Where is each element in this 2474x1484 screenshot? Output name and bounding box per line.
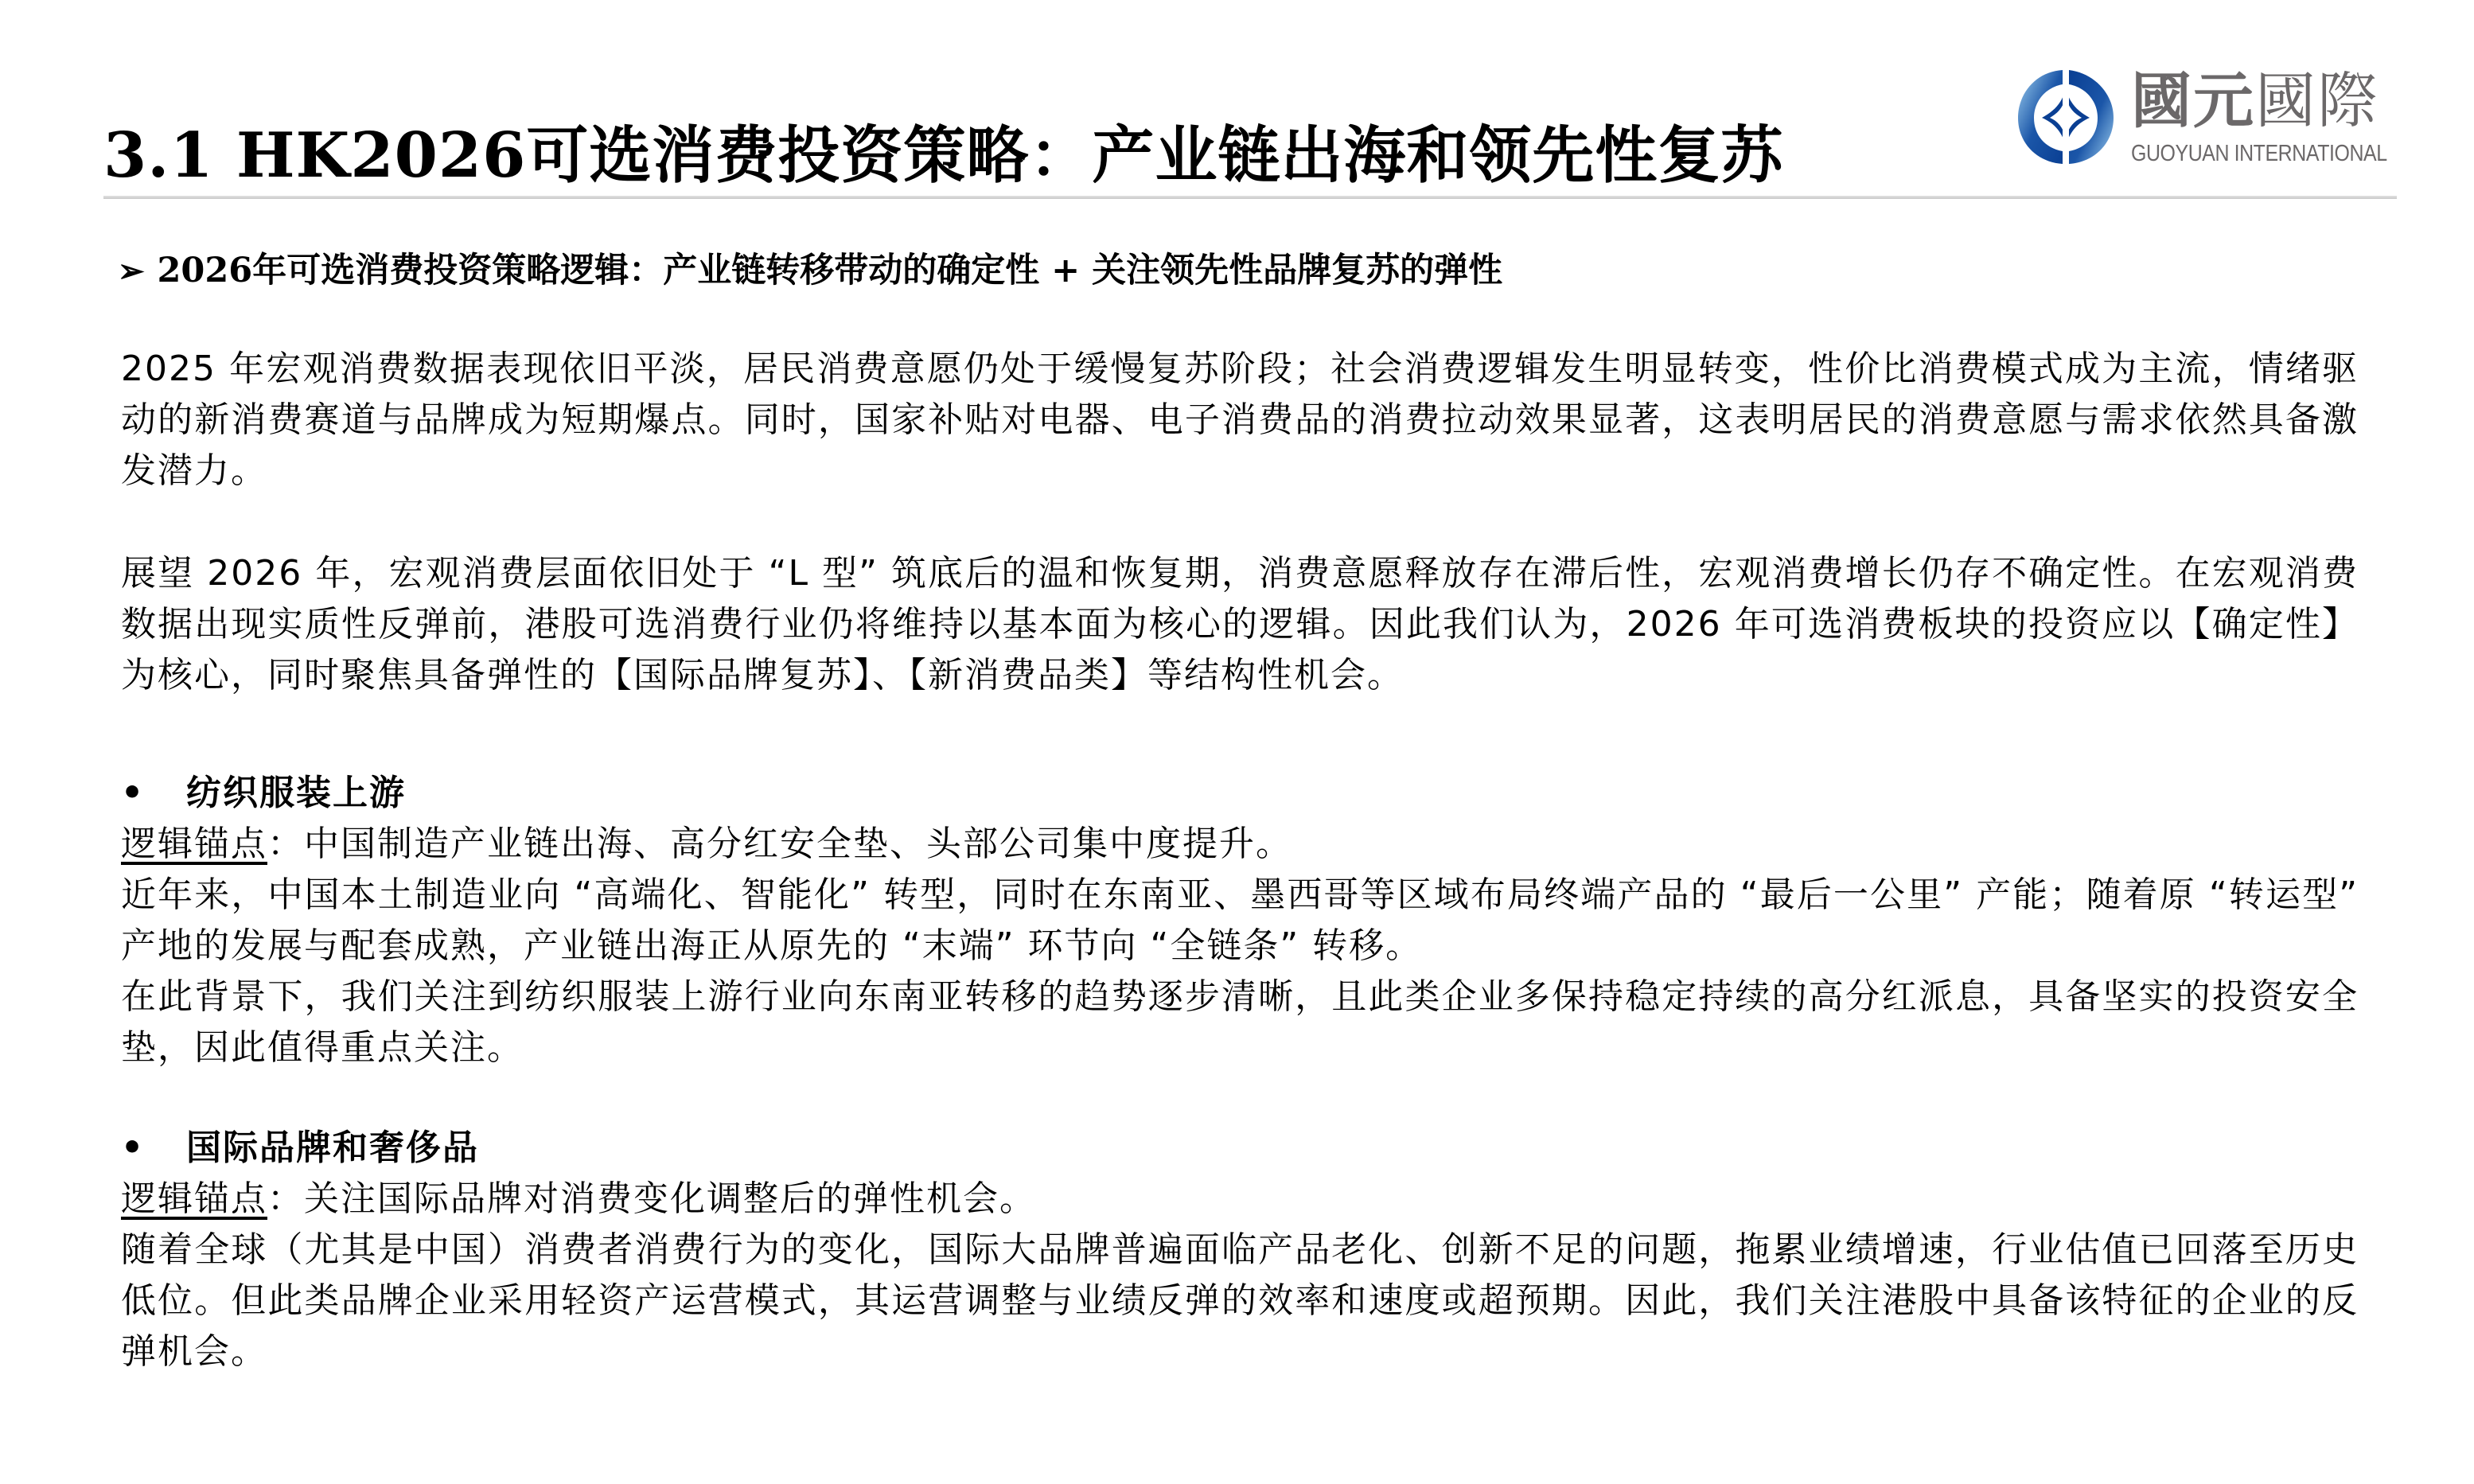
logic-anchor-line: 逻辑锚点：关注国际品牌对消费变化调整后的弹性机会。 [121, 1174, 2359, 1225]
logic-anchor-label: 逻辑锚点 [121, 1178, 267, 1219]
bullet-dot-icon: • [121, 768, 186, 819]
subheading-text: 2026年可选消费投资策略逻辑：产业链转移带动的确定性 + 关注领先性品牌复苏的… [158, 251, 1503, 290]
logic-anchor-text: ：关注国际品牌对消费变化调整后的弹性机会。 [267, 1178, 1036, 1219]
bullet-heading-text: 国际品牌和奢侈品 [186, 1128, 479, 1168]
logo-chinese-name: 國元國際 [2131, 65, 2379, 137]
bullet-body-text: 近年来，中国本土制造业向 “高端化、智能化” 转型，同时在东南亚、墨西哥等区域布… [121, 870, 2359, 972]
bullet-heading: •纺织服装上游 [121, 768, 2359, 819]
logic-anchor-text: ：中国制造产业链出海、高分红安全垫、头部公司集中度提升。 [267, 824, 1292, 864]
bullet-body-text: 随着全球（尤其是中国）消费者消费行为的变化，国际大品牌普遍面临产品老化、创新不足… [121, 1225, 2359, 1377]
bullet-section-luxury: •国际品牌和奢侈品 逻辑锚点：关注国际品牌对消费变化调整后的弹性机会。 随着全球… [121, 1123, 2359, 1377]
paragraph-text: 展望 2026 年，宏观消费层面依旧处于 “L 型” 筑底后的温和恢复期，消费意… [121, 548, 2359, 701]
page-title: 3.1 HK2026可选消费投资策略：产业链出海和领先性复苏 [103, 119, 1783, 193]
logic-anchor-label: 逻辑锚点 [121, 824, 267, 864]
guoyuan-logo-icon [2013, 65, 2118, 169]
company-logo: 國元國際 GUOYUAN INTERNATIONAL [2013, 65, 2403, 169]
paragraph-outlook-2026: 展望 2026 年，宏观消费层面依旧处于 “L 型” 筑底后的温和恢复期，消费意… [121, 548, 2359, 701]
paragraph-text: 2025 年宏观消费数据表现依旧平淡，居民消费意愿仍处于缓慢复苏阶段；社会消费逻… [121, 344, 2359, 497]
logo-cn-light: 國際 [2255, 65, 2379, 136]
logo-english-name: GUOYUAN INTERNATIONAL [2131, 140, 2387, 167]
logic-anchor-line: 逻辑锚点：中国制造产业链出海、高分红安全垫、头部公司集中度提升。 [121, 819, 2359, 870]
section-subheading: ➢2026年可选消费投资策略逻辑：产业链转移带动的确定性 + 关注领先性品牌复苏… [118, 247, 1502, 295]
bullet-heading: •国际品牌和奢侈品 [121, 1123, 2359, 1174]
bullet-heading-text: 纺织服装上游 [186, 773, 406, 813]
arrow-bullet-icon: ➢ [118, 247, 145, 295]
logo-cn-bold: 國元 [2131, 65, 2255, 136]
bullet-body-text: 在此背景下，我们关注到纺织服装上游行业向东南亚转移的趋势逐步清晰，且此类企业多保… [121, 972, 2359, 1073]
bullet-dot-icon: • [121, 1123, 186, 1174]
bullet-section-textile: •纺织服装上游 逻辑锚点：中国制造产业链出海、高分红安全垫、头部公司集中度提升。… [121, 768, 2359, 1073]
paragraph-macro-2025: 2025 年宏观消费数据表现依旧平淡，居民消费意愿仍处于缓慢复苏阶段；社会消费逻… [121, 344, 2359, 497]
title-divider [103, 196, 2397, 199]
